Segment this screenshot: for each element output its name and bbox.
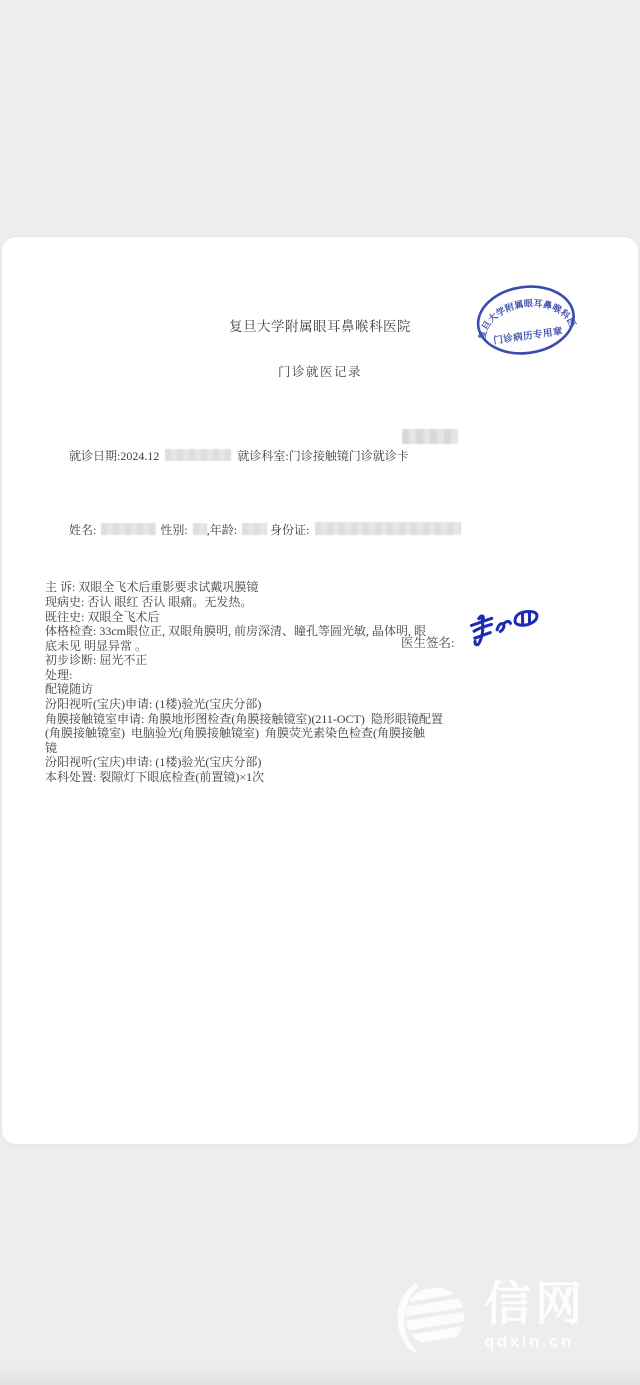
medical-record-card: 复旦大学附属眼耳鼻喉科医院 复旦大学附属眼耳鼻喉科医院 门诊病历专用章 门诊就医… [2, 237, 638, 1144]
record-line: 汾阳视听(宝庆)申请: (1楼)验光(宝庆分部) [45, 697, 605, 712]
redaction-blur [165, 449, 231, 461]
watermark-domain: qdxin.cn [484, 1333, 586, 1350]
record-line-visit: 就诊日期:2024.12就诊科室:门诊接触镜门诊就诊卡 [45, 434, 605, 449]
record-line: 角膜接触镜室申请: 角膜地形图检查(角膜接触镜室)(211-OCT) 隐形眼镜配… [45, 712, 605, 727]
visit-date-value: 2024.12 [120, 449, 159, 463]
hospital-stamp-icon: 复旦大学附属眼耳鼻喉科医院 门诊病历专用章 [460, 267, 592, 375]
record-line: 镜 [45, 741, 605, 756]
watermark-brand: 信网 [484, 1280, 586, 1327]
record-line: 本科处置: 裂隙灯下眼底检查(前置镜)×1次 [45, 770, 605, 785]
record-line: 汾阳视听(宝庆)申请: (1楼)验光(宝庆分部) [45, 755, 605, 770]
record-line: 初步诊断: 屈光不正 [45, 653, 605, 668]
redaction-blur [402, 429, 458, 444]
name-label: 姓名: [69, 523, 96, 537]
bottom-shade [0, 1363, 640, 1385]
id-label: 身份证: [270, 523, 309, 537]
stamp-center-text: 门诊病历专用章 [493, 325, 564, 347]
globe-icon [390, 1278, 472, 1360]
redaction-blur [101, 523, 156, 535]
redaction-blur [315, 522, 461, 535]
age-label: ,年龄: [207, 523, 237, 537]
record-line: 处理: [45, 668, 605, 683]
record-line: 主 诉: 双眼全飞术后重影要求试戴巩膜镜 [45, 580, 605, 595]
record-body: 就诊日期:2024.12就诊科室:门诊接触镜门诊就诊卡 姓名:性别:,年龄:身份… [45, 376, 605, 814]
record-line: (角膜接触镜室) 电脑验光(角膜接触镜室) 角膜荧光素染色检查(角膜接触 [45, 726, 605, 741]
record-line-patient: 姓名:性别:,年龄:身份证: [45, 507, 605, 522]
doctor-signature-icon [464, 603, 546, 655]
visit-date-label: 就诊日期: [69, 449, 120, 463]
doctor-signature-label: 医生签名: [401, 633, 454, 651]
dept-label: 就诊科室: [237, 449, 288, 463]
photo-background: 复旦大学附属眼耳鼻喉科医院 复旦大学附属眼耳鼻喉科医院 门诊病历专用章 门诊就医… [0, 0, 640, 1385]
redaction-blur [193, 523, 207, 535]
redaction-blur [242, 523, 267, 535]
dept-value: 门诊接触镜门诊就诊卡 [289, 449, 409, 463]
watermark: 信网 qdxin.cn [390, 1278, 586, 1360]
gender-label: 性别: [160, 523, 187, 537]
record-line: 配镜随访 [45, 682, 605, 697]
